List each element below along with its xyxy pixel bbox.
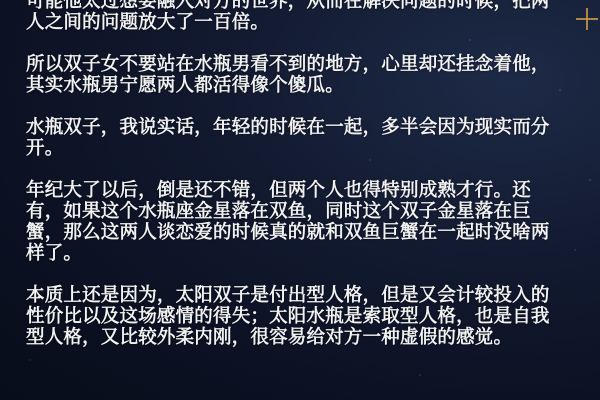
paragraph-1: 可能他太过想要融入对方的世界，从而在解决问题的时候，把两人之间的问题放大了一百倍… <box>26 0 566 33</box>
paragraph-3: 水瓶双子，我说实话，年轻的时候在一起，多半会因为现实而分开。 <box>26 117 566 159</box>
article-body: 可能他太过想要融入对方的世界，从而在解决问题的时候，把两人之间的问题放大了一百倍… <box>26 0 566 369</box>
paragraph-2: 所以双子女不要站在水瓶男看不到的地方，心里却还挂念着他，其实水瓶男宁愿两人都活得… <box>26 54 566 96</box>
paragraph-4: 年纪大了以后，倒是还不错，但两个人也得特别成熟才行。还有，如果这个水瓶座金星落在… <box>26 180 566 264</box>
sparkle-star-icon <box>576 8 598 30</box>
paragraph-5: 本质上还是因为，太阳双子是付出型人格，但是又会计较投入的性价比以及这场感情的得失… <box>26 285 566 348</box>
